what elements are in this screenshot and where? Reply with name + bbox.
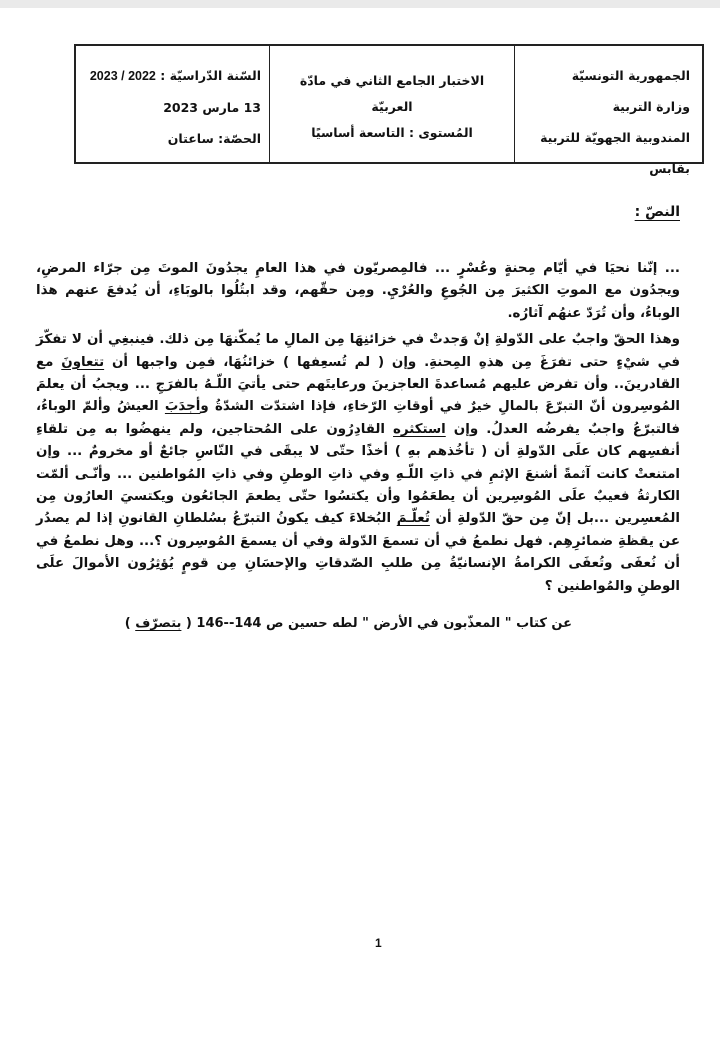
source-close: ) bbox=[125, 616, 135, 631]
paragraph-1: ... إنّنا نحيَا في أيّام مِحنةٍ وعُسْرٍ … bbox=[36, 258, 680, 325]
header-republic: الجمهورية التونسيّة bbox=[523, 60, 690, 91]
exam-header-table: الجمهورية التونسيّة وزارة التربية المندو… bbox=[74, 44, 704, 164]
school-year-value: 2023 / 2022 bbox=[90, 69, 156, 83]
source-citation: عن كتاب " المعذّبون في الأرض " لطه حسين … bbox=[125, 616, 572, 631]
header-level: المُستوى : التاسعة أساسيًا bbox=[278, 120, 506, 146]
underlined-word-istakthara: استكثره bbox=[393, 422, 446, 437]
text-title: النصّ : bbox=[635, 204, 680, 220]
paragraph-2: وهذا الحقّ واجبٌ على الدّولةِ إنْ وَجدتْ… bbox=[36, 329, 680, 598]
header-exam-cell: الاختبار الجامع الثاني في مادّة العربيّة… bbox=[269, 46, 514, 162]
underlined-word-ajdab: أجدَبَ bbox=[165, 399, 200, 414]
header-ministry: وزارة التربية bbox=[523, 91, 690, 122]
page-number: 1 bbox=[375, 936, 382, 950]
header-date-cell: السّنة الدّراسيّة : 2023 / 2022 13 مارس … bbox=[76, 46, 269, 162]
underlined-word-tataawan: تتعاونَ bbox=[61, 355, 104, 370]
header-school-year: السّنة الدّراسيّة : 2023 / 2022 bbox=[84, 60, 261, 92]
header-exam-title: الاختبار الجامع الثاني في مادّة العربيّة bbox=[278, 68, 506, 120]
school-year-label: السّنة الدّراسيّة : bbox=[160, 68, 261, 83]
header-exam-date: 13 مارس 2023 bbox=[84, 92, 261, 123]
page-top-edge bbox=[0, 0, 720, 8]
paragraph-1-text: ... إنّنا نحيَا في أيّام مِحنةٍ وعُسْرٍ … bbox=[36, 261, 680, 321]
paragraph-2-text-a: وهذا الحقّ واجبٌ على الدّولةِ إنْ وَجدتْ… bbox=[36, 332, 680, 369]
underlined-word-tuallim: تُعلّـمَ bbox=[397, 511, 430, 526]
header-institution-cell: الجمهورية التونسيّة وزارة التربية المندو… bbox=[514, 46, 702, 162]
header-regional-office: المندوبية الجهويّة للتربية بقابس bbox=[523, 122, 690, 184]
text-body: ... إنّنا نحيَا في أيّام مِحنةٍ وعُسْرٍ … bbox=[36, 258, 680, 602]
header-duration: الحصّة: ساعتان bbox=[84, 123, 261, 154]
source-adapted-note: بتصرّف bbox=[135, 616, 181, 631]
source-text: عن كتاب " المعذّبون في الأرض " لطه حسين … bbox=[181, 616, 572, 631]
